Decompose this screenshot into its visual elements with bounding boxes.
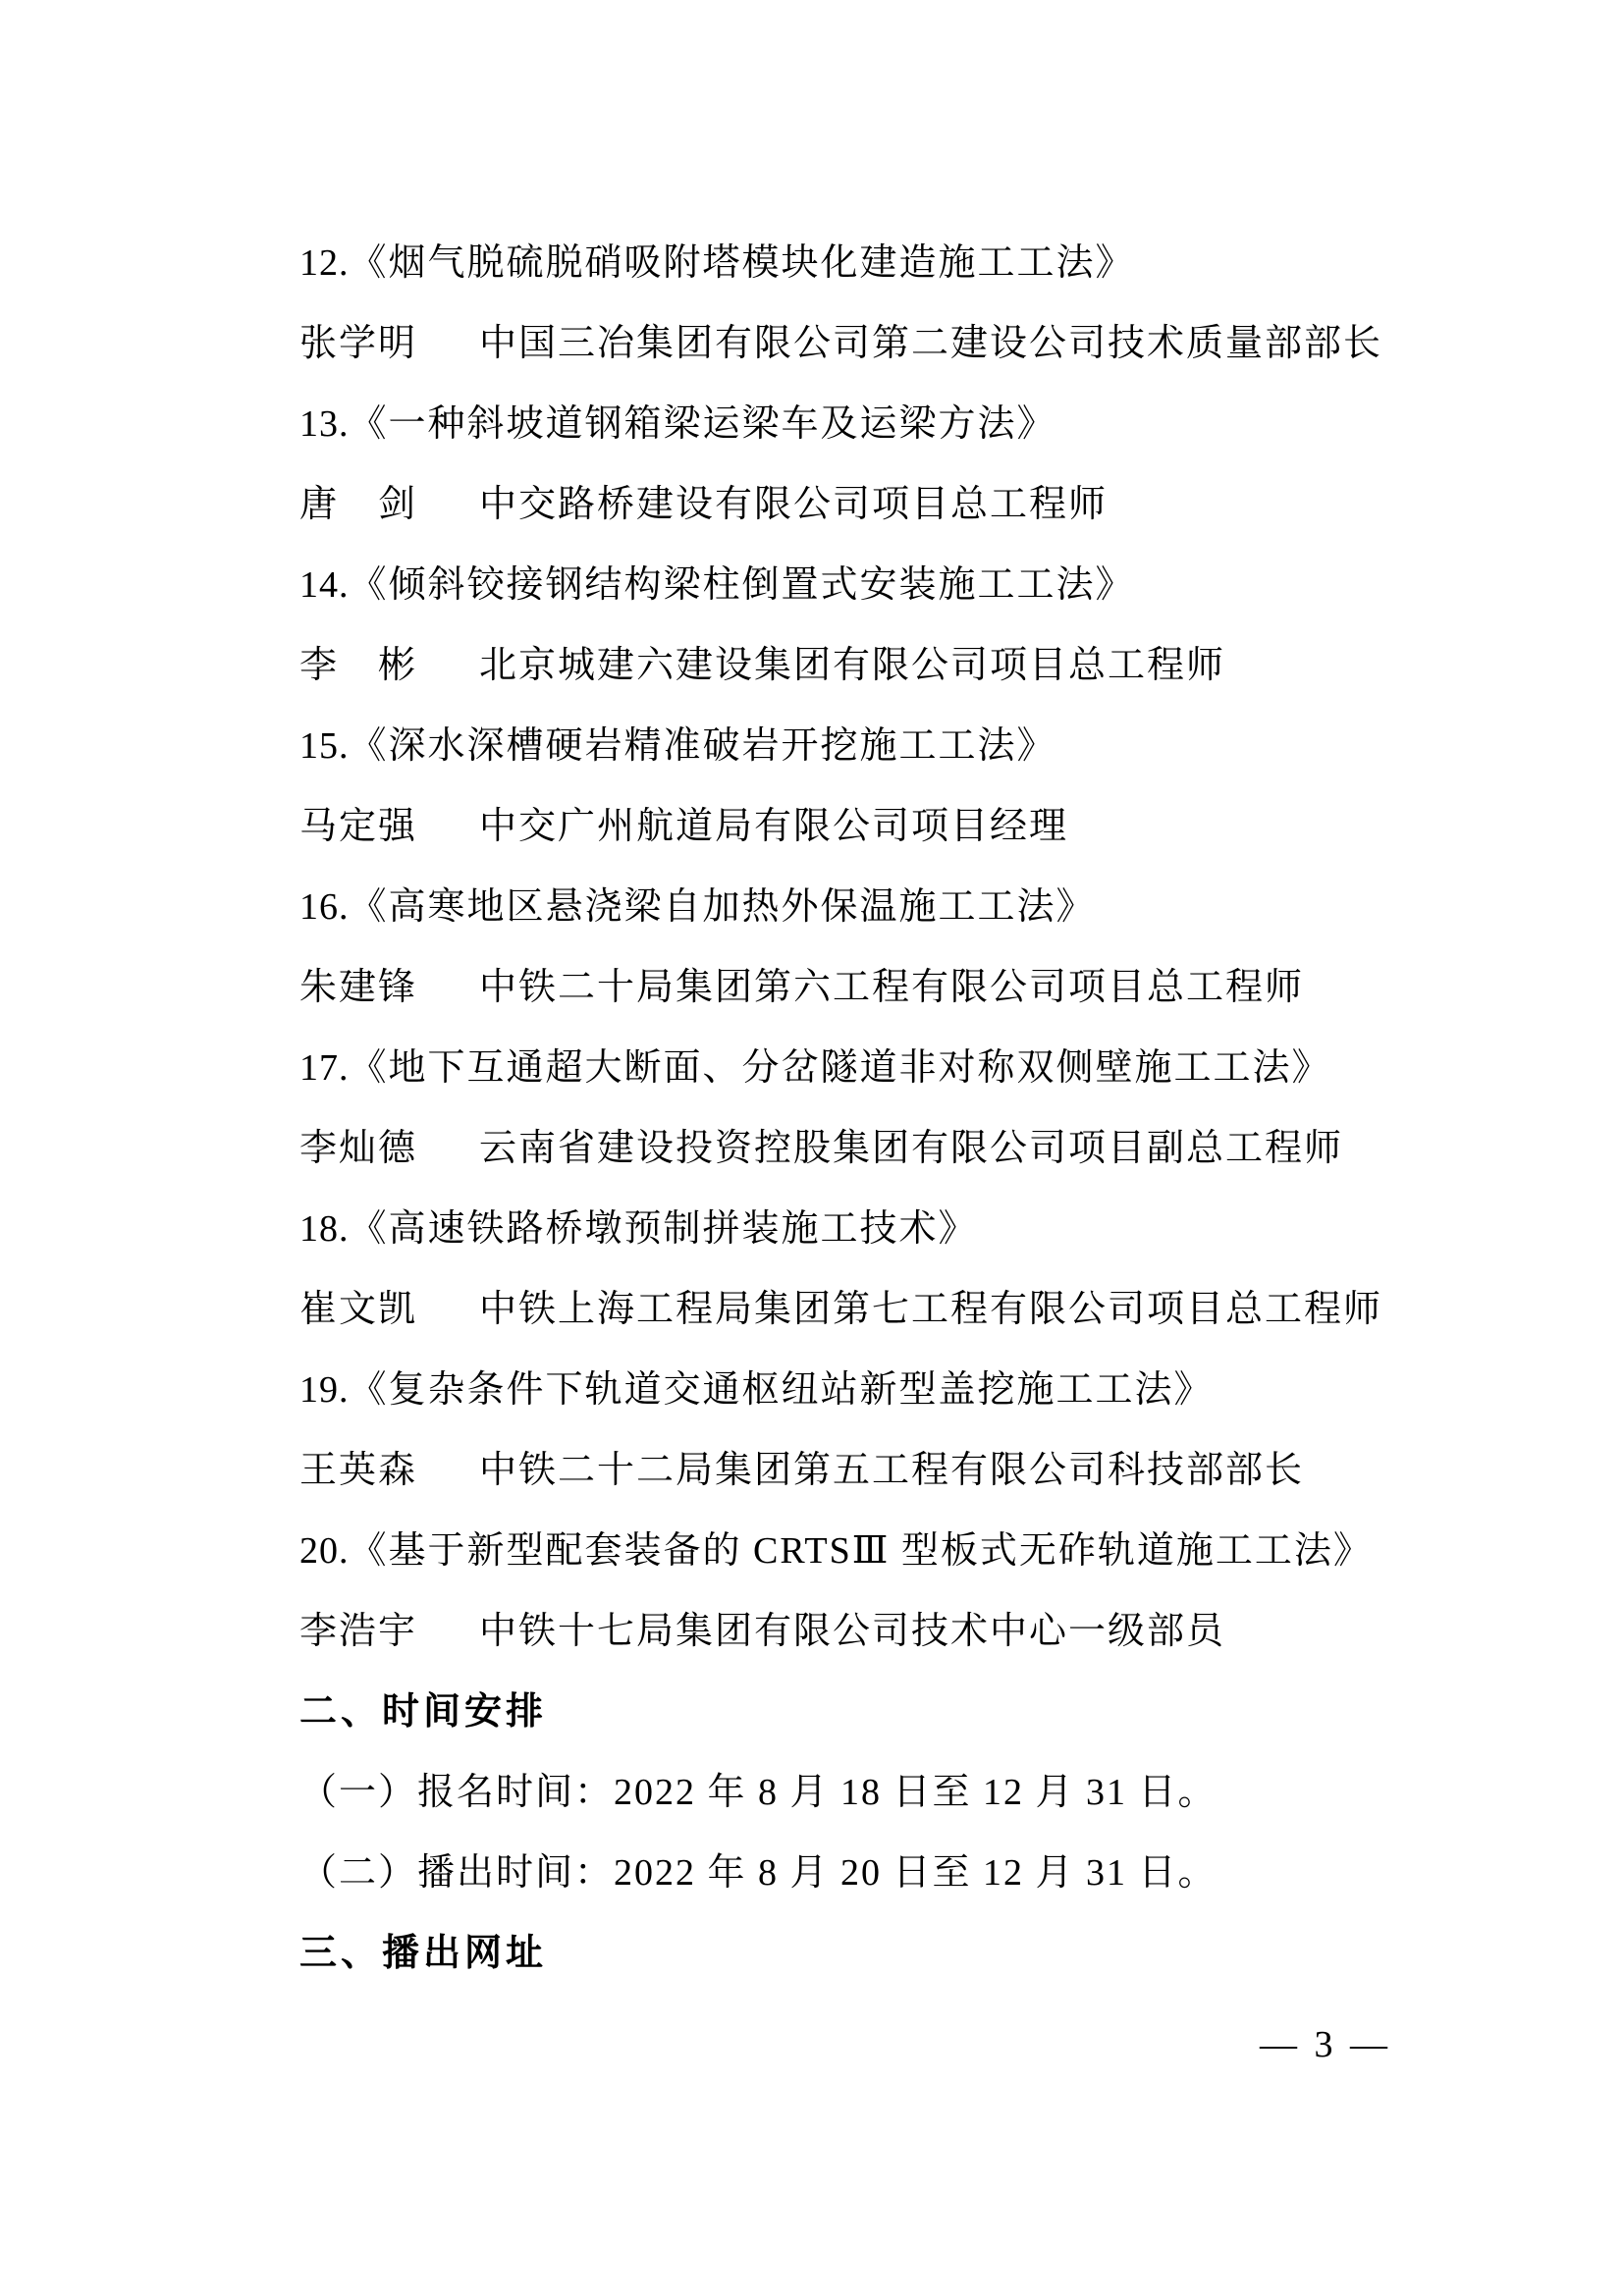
- award-entry-person: 马定强中交广州航道局有限公司项目经理: [299, 786, 1453, 867]
- entry-number: 12.: [299, 242, 350, 284]
- award-entry-title: 17.《地下互通超大断面、分岔隧道非对称双侧壁施工工法》: [299, 1028, 1453, 1108]
- entry-title-text: 《倾斜铰接钢结构梁柱倒置式安装施工工法》: [350, 564, 1135, 606]
- award-entry-title: 15.《深水深槽硬岩精准破岩开挖施工工法》: [299, 706, 1453, 786]
- entry-person-org: 中铁二十局集团第六工程有限公司项目总工程师: [479, 967, 1304, 1008]
- section-heading-time-arrangement: 二、时间安排: [299, 1672, 1453, 1752]
- award-entry-title: 20.《基于新型配套装备的 CRTSⅢ 型板式无砟轨道施工工法》: [299, 1511, 1453, 1591]
- entry-title-text: 《高寒地区悬浇梁自加热外保温施工工法》: [350, 886, 1096, 928]
- entry-number: 17.: [299, 1047, 350, 1089]
- entry-person-org: 中铁上海工程局集团第七工程有限公司项目总工程师: [479, 1289, 1382, 1330]
- document-body: 12.《烟气脱硫脱硝吸附塔模块化建造施工工法》 张学明中国三冶集团有限公司第二建…: [299, 223, 1453, 1994]
- signup-time-line: （一）报名时间：2022 年 8 月 18 日至 12 月 31 日。: [299, 1752, 1453, 1833]
- entry-number: 15.: [299, 725, 350, 767]
- entry-person-org: 北京城建六建设集团有限公司项目总工程师: [479, 645, 1225, 686]
- entry-title-text: 《高速铁路桥墩预制拼装施工技术》: [350, 1208, 978, 1250]
- entry-number: 19.: [299, 1369, 350, 1411]
- award-entry-title: 12.《烟气脱硫脱硝吸附塔模块化建造施工工法》: [299, 223, 1453, 303]
- entry-person-name: 朱建锋: [299, 947, 425, 1028]
- entry-title-text: 《一种斜坡道钢箱梁运梁车及运梁方法》: [350, 403, 1056, 445]
- entry-person-name: 唐 剑: [299, 464, 425, 545]
- award-entry-person: 崔文凯中铁上海工程局集团第七工程有限公司项目总工程师: [299, 1269, 1453, 1350]
- entry-title-text: 《基于新型配套装备的 CRTSⅢ 型板式无砟轨道施工工法》: [350, 1530, 1373, 1572]
- entry-person-org: 中交路桥建设有限公司项目总工程师: [479, 484, 1108, 525]
- award-entry-person: 张学明中国三冶集团有限公司第二建设公司技术质量部部长: [299, 303, 1453, 384]
- award-entry-title: 16.《高寒地区悬浇梁自加热外保温施工工法》: [299, 867, 1453, 947]
- entry-person-name: 张学明: [299, 303, 425, 384]
- award-entry-person: 李浩宇中铁十七局集团有限公司技术中心一级部员: [299, 1591, 1453, 1672]
- entry-person-name: 马定强: [299, 786, 425, 867]
- entry-number: 20.: [299, 1530, 350, 1572]
- entry-person-name: 李浩宇: [299, 1591, 425, 1672]
- entry-person-name: 王英森: [299, 1430, 425, 1511]
- document-page: 12.《烟气脱硫脱硝吸附塔模块化建造施工工法》 张学明中国三冶集团有限公司第二建…: [0, 0, 1623, 2296]
- award-entry-title: 13.《一种斜坡道钢箱梁运梁车及运梁方法》: [299, 384, 1453, 464]
- entry-title-text: 《烟气脱硫脱硝吸附塔模块化建造施工工法》: [350, 242, 1135, 284]
- entry-title-text: 《复杂条件下轨道交通枢纽站新型盖挖施工工法》: [350, 1369, 1214, 1411]
- award-entry-person: 李 彬北京城建六建设集团有限公司项目总工程师: [299, 625, 1453, 706]
- broadcast-time-line: （二）播出时间：2022 年 8 月 20 日至 12 月 31 日。: [299, 1833, 1453, 1913]
- entry-person-org: 中交广州航道局有限公司项目经理: [479, 806, 1068, 847]
- entry-person-org: 中铁十七局集团有限公司技术中心一级部员: [479, 1611, 1225, 1652]
- award-entry-person: 李灿德云南省建设投资控股集团有限公司项目副总工程师: [299, 1108, 1453, 1189]
- award-entries-list: 12.《烟气脱硫脱硝吸附塔模块化建造施工工法》 张学明中国三冶集团有限公司第二建…: [299, 223, 1453, 1672]
- entry-number: 18.: [299, 1208, 350, 1250]
- entry-title-text: 《深水深槽硬岩精准破岩开挖施工工法》: [350, 725, 1056, 767]
- entry-person-name: 李 彬: [299, 625, 425, 706]
- entry-person-name: 崔文凯: [299, 1269, 425, 1350]
- entry-person-name: 李灿德: [299, 1108, 425, 1189]
- section-heading-broadcast-url: 三、播出网址: [299, 1913, 1453, 1994]
- award-entry-title: 19.《复杂条件下轨道交通枢纽站新型盖挖施工工法》: [299, 1350, 1453, 1430]
- entry-person-org: 云南省建设投资控股集团有限公司项目副总工程师: [479, 1128, 1343, 1169]
- award-entry-person: 朱建锋中铁二十局集团第六工程有限公司项目总工程师: [299, 947, 1453, 1028]
- award-entry-person: 唐 剑中交路桥建设有限公司项目总工程师: [299, 464, 1453, 545]
- entry-number: 16.: [299, 886, 350, 928]
- entry-person-org: 中国三冶集团有限公司第二建设公司技术质量部部长: [479, 323, 1382, 364]
- entry-number: 14.: [299, 564, 350, 606]
- entry-title-text: 《地下互通超大断面、分岔隧道非对称双侧壁施工工法》: [350, 1047, 1331, 1089]
- award-entry-title: 18.《高速铁路桥墩预制拼装施工技术》: [299, 1189, 1453, 1269]
- page-number: — 3 —: [1260, 2020, 1391, 2069]
- entry-person-org: 中铁二十二局集团第五工程有限公司科技部部长: [479, 1450, 1304, 1491]
- entry-number: 13.: [299, 403, 350, 445]
- award-entry-title: 14.《倾斜铰接钢结构梁柱倒置式安装施工工法》: [299, 545, 1453, 625]
- award-entry-person: 王英森中铁二十二局集团第五工程有限公司科技部部长: [299, 1430, 1453, 1511]
